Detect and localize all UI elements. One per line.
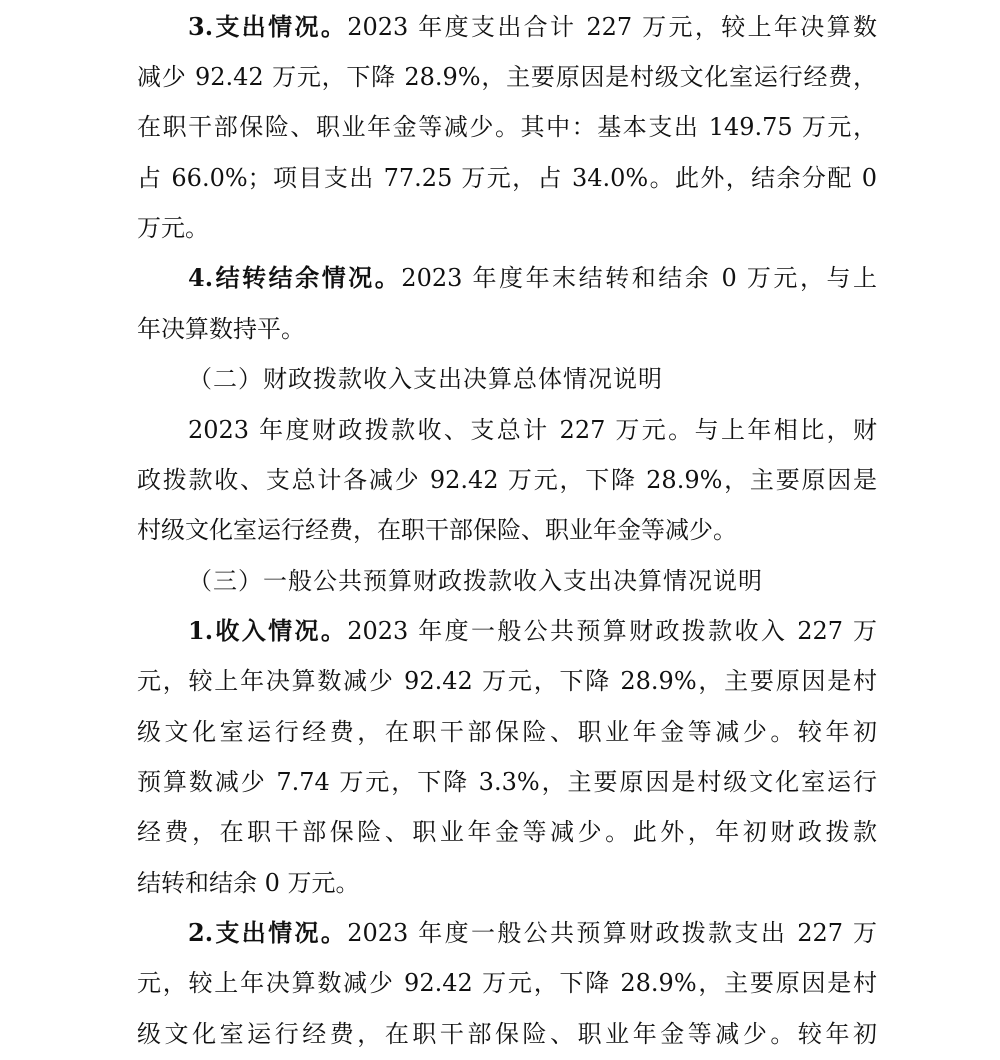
paragraph-expenditure-line-3: 在职干部保险、职业年金等减少。其中：基本支出 149.75 万元， — [137, 107, 877, 147]
paragraph-income-line-4: 预算数减少 7.74 万元，下降 3.3%，主要原因是村级文化室运行 — [137, 762, 877, 802]
paragraph-expenditure-line-4: 占 66.0%；项目支出 77.25 万元，占 34.0%。此外，结余分配 0 — [137, 158, 877, 198]
document-page: 3.支出情况。2023 年度支出合计 227 万元，较上年决算数 减少 92.4… — [0, 0, 1000, 1060]
paragraph-carryover-line-2: 年决算数持平。 — [137, 309, 877, 349]
paragraph-fiscal-total-line-3: 村级文化室运行经费，在职干部保险、职业年金等减少。 — [137, 510, 877, 550]
paragraph-fiscal-total-line-1: 2023 年度财政拨款收、支总计 227 万元。与上年相比，财 — [188, 410, 877, 450]
paragraph-income-line-6: 结转和结余 0 万元。 — [137, 863, 877, 903]
paragraph-income-line-2: 元，较上年决算数减少 92.42 万元，下降 28.9%，主要原因是村 — [137, 661, 877, 701]
paragraph-income-line-1: 1.收入情况。2023 年度一般公共预算财政拨款收入 227 万 — [188, 611, 877, 651]
section-heading-3: （三）一般公共预算财政拨款收入支出决算情况说明 — [188, 561, 763, 601]
paragraph-income-line-5: 经费，在职干部保险、职业年金等减少。此外，年初财政拨款 — [137, 812, 877, 852]
paragraph-public-expenditure-line-1: 2.支出情况。2023 年度一般公共预算财政拨款支出 227 万 — [188, 913, 877, 953]
paragraph-expenditure-line-5: 万元。 — [137, 208, 877, 248]
paragraph-public-expenditure-line-3: 级文化室运行经费，在职干部保险、职业年金等减少。较年初 — [137, 1014, 877, 1054]
paragraph-lead-carryover: 4.结转结余情况。 — [188, 263, 401, 292]
paragraph-expenditure-line-1: 3.支出情况。2023 年度支出合计 227 万元，较上年决算数 — [188, 7, 877, 47]
section-heading-2: （二）财政拨款收入支出决算总体情况说明 — [188, 359, 663, 399]
paragraph-carryover-line-1: 4.结转结余情况。2023 年度年末结转和结余 0 万元，与上 — [188, 258, 877, 298]
paragraph-lead-income: 1.收入情况。 — [188, 616, 347, 645]
paragraph-income-line-3: 级文化室运行经费，在职干部保险、职业年金等减少。较年初 — [137, 712, 877, 752]
paragraph-lead-public-expenditure: 2.支出情况。 — [188, 918, 347, 947]
paragraph-fiscal-total-line-2: 政拨款收、支总计各减少 92.42 万元，下降 28.9%，主要原因是 — [137, 460, 877, 500]
paragraph-expenditure-line-2: 减少 92.42 万元，下降 28.9%，主要原因是村级文化室运行经费， — [137, 57, 877, 97]
paragraph-lead-expenditure: 3.支出情况。 — [188, 12, 347, 41]
paragraph-public-expenditure-line-2: 元，较上年决算数减少 92.42 万元，下降 28.9%，主要原因是村 — [137, 963, 877, 1003]
